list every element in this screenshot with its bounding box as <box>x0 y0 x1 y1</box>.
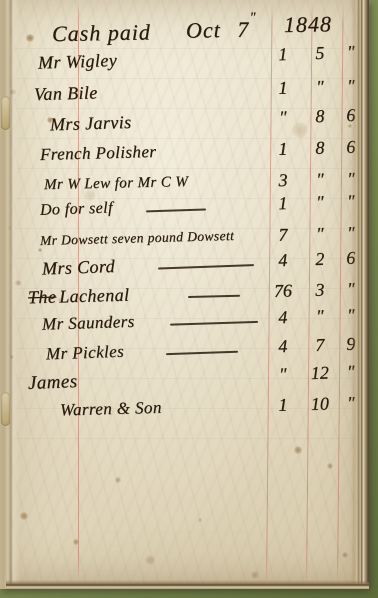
binding-stitch <box>1 96 10 130</box>
amount-shillings: 5 <box>303 38 336 67</box>
entry-name: TheLachenal <box>28 281 130 312</box>
amount-shillings: ″ <box>304 72 337 101</box>
foxing-spot <box>47 117 53 123</box>
amount-pounds: 1 <box>262 73 305 102</box>
foxing-spot <box>84 189 96 201</box>
amount-shillings: ″ <box>303 187 336 216</box>
entry-name: Mr Pickles <box>45 338 124 369</box>
amount-shillings: ″ <box>303 301 336 330</box>
entry-name: Do for self <box>40 194 114 224</box>
amount-shillings: 8 <box>304 133 337 162</box>
foxing-spot <box>292 122 308 138</box>
foxing-spot <box>251 571 259 579</box>
entry-name: Mr Wigley <box>37 46 117 77</box>
binding-gutter <box>0 0 20 589</box>
ledger-page: Cash paid Oct 7 ″ 1848 Mr Wigley15″Van B… <box>0 0 369 589</box>
amount-pounds: 1 <box>262 134 305 163</box>
amount-shillings: 10 <box>304 389 337 418</box>
amount-pounds: ″ <box>261 359 304 389</box>
foxing-spot <box>294 446 302 454</box>
entry-name: Van Bile <box>34 78 98 108</box>
dash-flourish <box>170 321 258 326</box>
dash-flourish <box>166 351 238 356</box>
entry-name: James <box>27 368 78 398</box>
foxing-spot <box>20 512 28 520</box>
amount-shillings: 7 <box>303 330 336 359</box>
amount-shillings: 2 <box>303 244 336 273</box>
page-edge-bottom <box>6 580 369 589</box>
entry-name: Mrs Cord <box>41 252 115 283</box>
foxing-spot <box>198 518 202 522</box>
amount-pounds: 1 <box>261 39 304 68</box>
heading-date-mark: ″ <box>250 11 257 27</box>
foxing-spot <box>58 298 62 302</box>
page-edge-stack-right <box>351 0 369 589</box>
entry-name: Mr Saunders <box>42 308 136 339</box>
foxing-spot <box>73 539 79 545</box>
entry-name: Mrs Jarvis <box>50 108 132 139</box>
binding-stitch <box>1 392 10 426</box>
dash-flourish <box>146 209 206 213</box>
amount-pounds: 4 <box>261 331 304 360</box>
photo-background: { "header": { "cash_paid": "Cash paid", … <box>0 0 378 598</box>
struck-word: The <box>28 287 57 308</box>
foxing-spot <box>38 248 42 252</box>
heading-cash-paid: Cash paid <box>52 19 151 47</box>
amount-shillings: 8 <box>303 101 336 130</box>
foxing-spot <box>115 477 121 483</box>
amount-pounds: 76 <box>262 276 305 305</box>
dash-flourish <box>188 295 240 298</box>
foxing-spot <box>145 555 155 565</box>
heading-year: 1848 <box>284 11 332 38</box>
foxing-spot <box>327 463 333 469</box>
dash-flourish <box>158 264 254 269</box>
entry-name: French Polisher <box>40 138 157 169</box>
heading-date: Oct 7 <box>186 17 250 44</box>
amount-pounds: 1 <box>261 188 304 217</box>
amount-pounds: 1 <box>262 390 305 419</box>
amount-shillings: 12 <box>303 358 336 387</box>
amount-pounds: 4 <box>261 245 304 274</box>
entry-name: Warren & Son <box>60 394 162 425</box>
amount-pounds: 4 <box>261 302 304 331</box>
foxing-spot <box>26 34 34 42</box>
foxing-spot <box>342 552 348 558</box>
amount-shillings: 3 <box>304 275 337 304</box>
